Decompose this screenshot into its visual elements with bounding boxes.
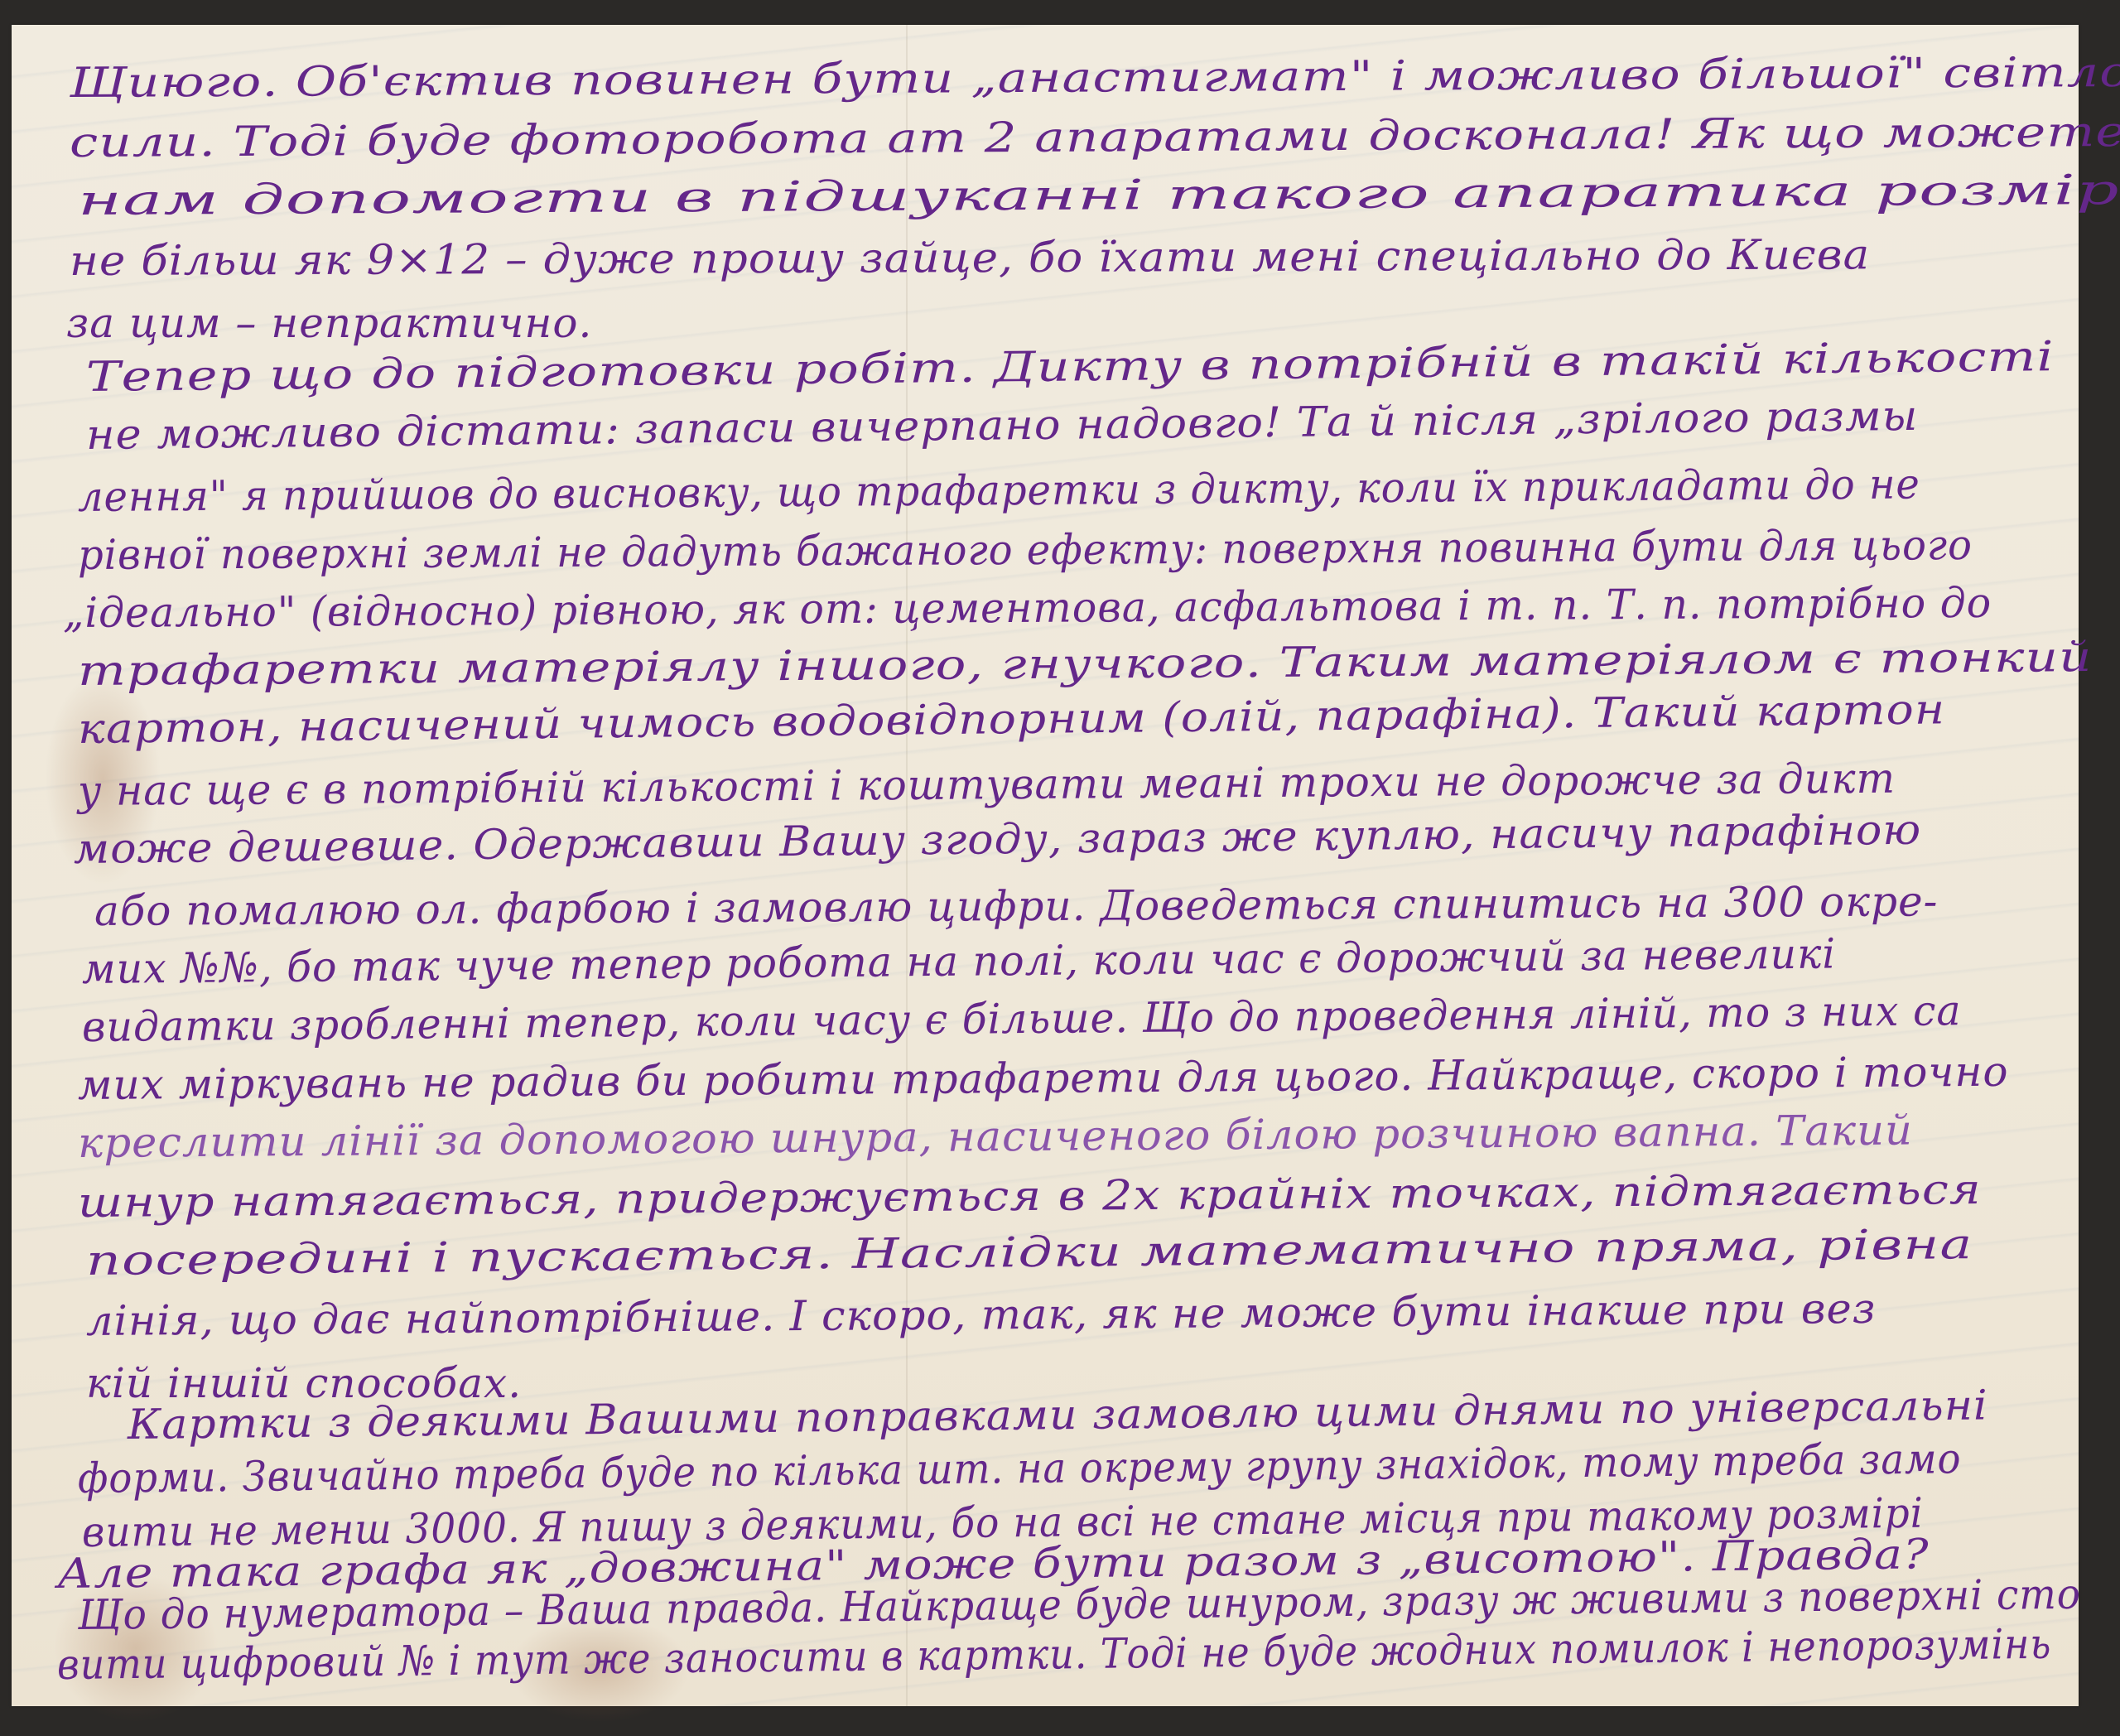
text-line: за цим – непрактично. [66, 298, 592, 348]
text-line: рівної поверхні землі не дадуть бажаного… [78, 520, 1973, 580]
text-line: мих міркувань не радив би робити трафаре… [78, 1047, 2009, 1110]
text-line: картон, насичений чимось водовідпорним (… [78, 684, 1946, 754]
text-line: лення" я прийшов до висновку, що трафаре… [78, 459, 1920, 522]
text-line: мих №№, бо так чуче тепер робота на полі… [82, 929, 1836, 994]
text-line: або помалюю ол. фарбою і замовлю цифри. … [94, 876, 1939, 936]
text-line: сили. Тоді буде фоторобота ат 2 апаратам… [70, 107, 2120, 167]
text-line: Щиюго. Об'єктив повинен бути „анастигмат… [70, 47, 2120, 108]
text-line: креслити лінії за допомогою шнура, насич… [78, 1106, 1913, 1168]
letter-page: Щиюго. Об'єктив повинен бути „анастигмат… [12, 25, 2079, 1706]
text-line: не можливо дістати: запаси вичерпано над… [86, 391, 1919, 460]
text-line: не більш як 9×12 – дуже прошу зайце, бо … [70, 229, 1870, 286]
text-line: у нас ще є в потрібній кількості і кошту… [78, 754, 1896, 816]
text-line: посередині і пускається. Наслідки матема… [86, 1219, 1973, 1285]
text-line: нам допомогти в підшуканні такого апарат… [78, 165, 2120, 225]
text-line: видатки зробленні тепер, коли часу є біл… [82, 986, 1962, 1052]
text-line: лінія, що дає найпотрібніше. І скоро, та… [86, 1284, 1877, 1346]
text-line: може дешевше. Одержавши Вашу згоду, зара… [74, 805, 1922, 874]
text-line: шнур натягається, придержується в 2х кра… [78, 1165, 1982, 1227]
text-line: „ідеально" (відносно) рівною, як от: цем… [63, 578, 1992, 638]
